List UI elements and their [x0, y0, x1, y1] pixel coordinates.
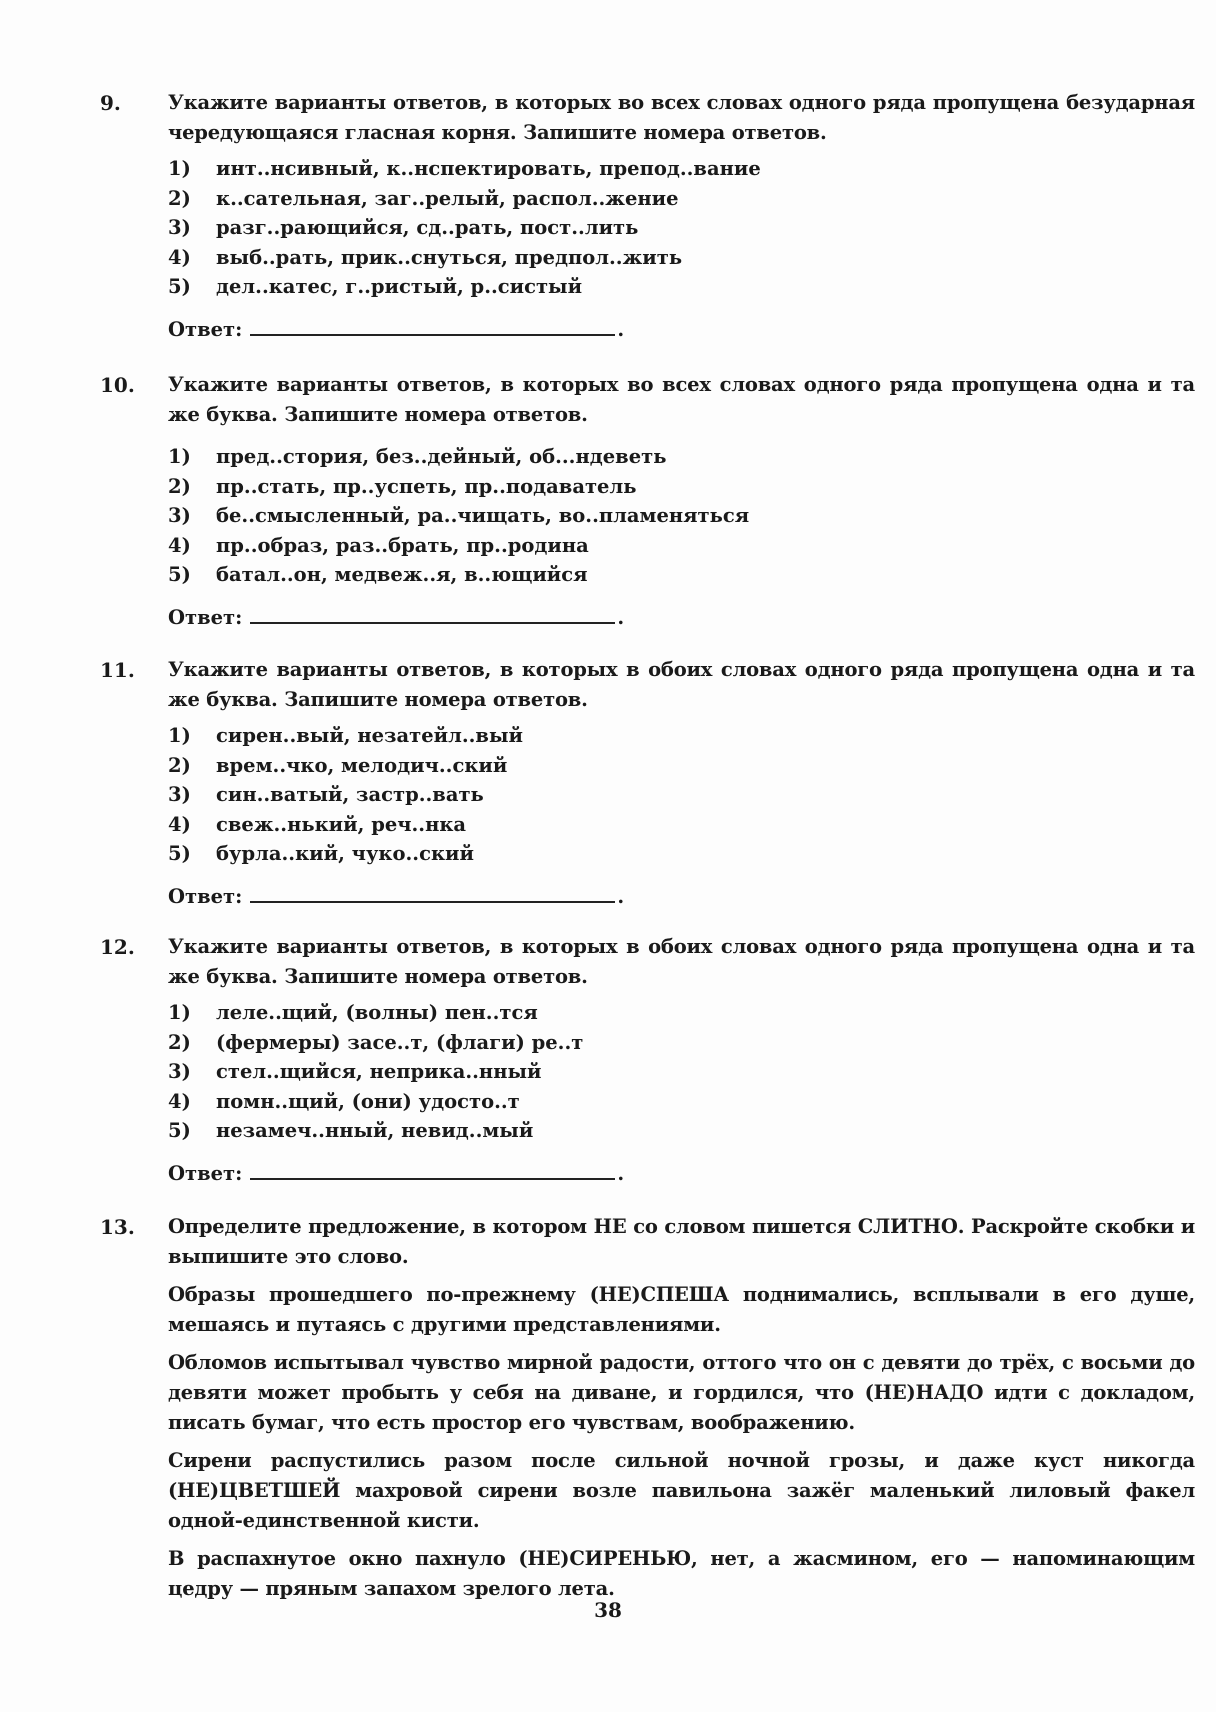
- answer-row: Ответ: .: [168, 602, 1195, 633]
- answer-field[interactable]: [250, 1158, 615, 1180]
- option-text: врем..чко, мелодич..ский: [216, 751, 507, 781]
- task-number: 13.: [100, 1212, 135, 1242]
- option-text: выб..рать, прик..снуться, предпол..жить: [216, 243, 682, 273]
- option-number: 2): [168, 1028, 216, 1058]
- option-text: сирен..вый, незатейл..вый: [216, 721, 523, 751]
- option-item: 3)бе..смысленный, ра..чищать, во..пламен…: [168, 501, 1195, 531]
- page-number: 38: [0, 1598, 1216, 1622]
- option-item: 3)стел..щийся, неприка..нный: [168, 1057, 1195, 1087]
- sentence-paragraph: Обломов испытывал чувство мирной радости…: [168, 1348, 1195, 1438]
- option-text: син..ватый, застр..вать: [216, 780, 484, 810]
- option-text: леле..щий, (волны) пен..тся: [216, 998, 538, 1028]
- option-number: 2): [168, 184, 216, 214]
- answer-row: Ответ: .: [168, 314, 1195, 345]
- option-item: 5)дел..катес, г..ристый, р..систый: [168, 272, 1195, 302]
- answer-label: Ответ:: [168, 603, 242, 633]
- option-item: 4)выб..рать, прик..снуться, предпол..жит…: [168, 243, 1195, 273]
- option-text: (фермеры) засе..т, (флаги) ре..т: [216, 1028, 583, 1058]
- task-number: 9.: [100, 88, 121, 118]
- option-number: 2): [168, 751, 216, 781]
- task-prompt: Укажите варианты ответов, в которых в об…: [168, 932, 1195, 992]
- task-11: 11. Укажите варианты ответов, в которых …: [100, 655, 1195, 912]
- option-number: 1): [168, 154, 216, 184]
- sentence-paragraph: Сирени распустились разом после сильной …: [168, 1446, 1195, 1536]
- task-10: 10. Укажите варианты ответов, в которых …: [100, 370, 1195, 633]
- option-item: 2)врем..чко, мелодич..ский: [168, 751, 1195, 781]
- option-number: 4): [168, 531, 216, 561]
- answer-row: Ответ: .: [168, 1158, 1195, 1189]
- option-text: пр..стать, пр..успеть, пр..подаватель: [216, 472, 636, 502]
- option-number: 2): [168, 472, 216, 502]
- option-text: стел..щийся, неприка..нный: [216, 1057, 541, 1087]
- option-list: 1)леле..щий, (волны) пен..тся 2)(фермеры…: [168, 998, 1195, 1146]
- task-prompt: Определите предложение, в котором НЕ со …: [168, 1212, 1195, 1272]
- option-number: 4): [168, 243, 216, 273]
- answer-period: .: [617, 315, 624, 345]
- task-number: 12.: [100, 932, 135, 962]
- option-text: пр..образ, раз..брать, пр..родина: [216, 531, 589, 561]
- option-item: 5)незамеч..нный, невид..мый: [168, 1116, 1195, 1146]
- option-number: 3): [168, 213, 216, 243]
- option-text: дел..катес, г..ристый, р..систый: [216, 272, 582, 302]
- task-number: 10.: [100, 370, 135, 400]
- option-number: 1): [168, 998, 216, 1028]
- answer-field[interactable]: [250, 314, 615, 336]
- option-item: 1)сирен..вый, незатейл..вый: [168, 721, 1195, 751]
- option-number: 3): [168, 780, 216, 810]
- option-number: 1): [168, 442, 216, 472]
- option-text: свеж..нький, реч..нка: [216, 810, 466, 840]
- task-9: 9. Укажите варианты ответов, в которых в…: [100, 88, 1195, 345]
- option-text: батал..он, медвеж..я, в..ющийся: [216, 560, 588, 590]
- task-number: 11.: [100, 655, 135, 685]
- prompt-text: Определите предложение, в котором НЕ со …: [168, 1215, 858, 1238]
- option-text: инт..нсивный, к..нспектировать, препод..…: [216, 154, 761, 184]
- task-prompt: Укажите варианты ответов, в которых во в…: [168, 370, 1195, 430]
- option-number: 5): [168, 839, 216, 869]
- task-prompt: Укажите варианты ответов, в которых в об…: [168, 655, 1195, 715]
- option-item: 2)к..сательная, заг..релый, распол..жени…: [168, 184, 1195, 214]
- option-number: 5): [168, 1116, 216, 1146]
- option-text: к..сательная, заг..релый, распол..жение: [216, 184, 679, 214]
- sentence-paragraph: В распахнутое окно пахнуло (НЕ)СИРЕНЬЮ, …: [168, 1544, 1195, 1604]
- option-text: пред..стория, без..дейный, об...ндеветь: [216, 442, 666, 472]
- option-item: 1)леле..щий, (волны) пен..тся: [168, 998, 1195, 1028]
- option-item: 4)свеж..нький, реч..нка: [168, 810, 1195, 840]
- answer-period: .: [617, 1159, 624, 1189]
- option-text: бурла..кий, чуко..ский: [216, 839, 474, 869]
- option-text: помн..щий, (они) удосто..т: [216, 1087, 520, 1117]
- answer-period: .: [617, 603, 624, 633]
- task-13: 13. Определите предложение, в котором НЕ…: [100, 1212, 1195, 1604]
- option-list: 1)пред..стория, без..дейный, об...ндевет…: [168, 442, 1195, 590]
- answer-label: Ответ:: [168, 882, 242, 912]
- option-item: 4)пр..образ, раз..брать, пр..родина: [168, 531, 1195, 561]
- option-number: 3): [168, 501, 216, 531]
- option-number: 3): [168, 1057, 216, 1087]
- option-item: 5)бурла..кий, чуко..ский: [168, 839, 1195, 869]
- task-prompt: Укажите варианты ответов, в которых во в…: [168, 88, 1195, 148]
- task-12: 12. Укажите варианты ответов, в которых …: [100, 932, 1195, 1189]
- option-number: 4): [168, 1087, 216, 1117]
- answer-field[interactable]: [250, 602, 615, 624]
- option-item: 1)инт..нсивный, к..нспектировать, препод…: [168, 154, 1195, 184]
- option-item: 2)пр..стать, пр..успеть, пр..подаватель: [168, 472, 1195, 502]
- option-item: 1)пред..стория, без..дейный, об...ндевет…: [168, 442, 1195, 472]
- option-number: 5): [168, 272, 216, 302]
- answer-field[interactable]: [250, 881, 615, 903]
- answer-period: .: [617, 882, 624, 912]
- option-list: 1)сирен..вый, незатейл..вый 2)врем..чко,…: [168, 721, 1195, 869]
- option-number: 5): [168, 560, 216, 590]
- option-text: незамеч..нный, невид..мый: [216, 1116, 533, 1146]
- option-text: разг..рающийся, сд..рать, пост..лить: [216, 213, 638, 243]
- option-list: 1)инт..нсивный, к..нспектировать, препод…: [168, 154, 1195, 302]
- option-item: 3)син..ватый, застр..вать: [168, 780, 1195, 810]
- option-item: 5)батал..он, медвеж..я, в..ющийся: [168, 560, 1195, 590]
- option-text: бе..смысленный, ра..чищать, во..пламенят…: [216, 501, 749, 531]
- option-number: 4): [168, 810, 216, 840]
- prompt-highlight: СЛИТНО: [858, 1215, 958, 1238]
- option-item: 3)разг..рающийся, сд..рать, пост..лить: [168, 213, 1195, 243]
- answer-label: Ответ:: [168, 315, 242, 345]
- answer-row: Ответ: .: [168, 881, 1195, 912]
- document-page: 9. Укажите варианты ответов, в которых в…: [0, 0, 1216, 1712]
- sentence-paragraph: Образы прошедшего по-прежнему (НЕ)СПЕША …: [168, 1280, 1195, 1340]
- option-item: 2)(фермеры) засе..т, (флаги) ре..т: [168, 1028, 1195, 1058]
- option-number: 1): [168, 721, 216, 751]
- option-item: 4)помн..щий, (они) удосто..т: [168, 1087, 1195, 1117]
- answer-label: Ответ:: [168, 1159, 242, 1189]
